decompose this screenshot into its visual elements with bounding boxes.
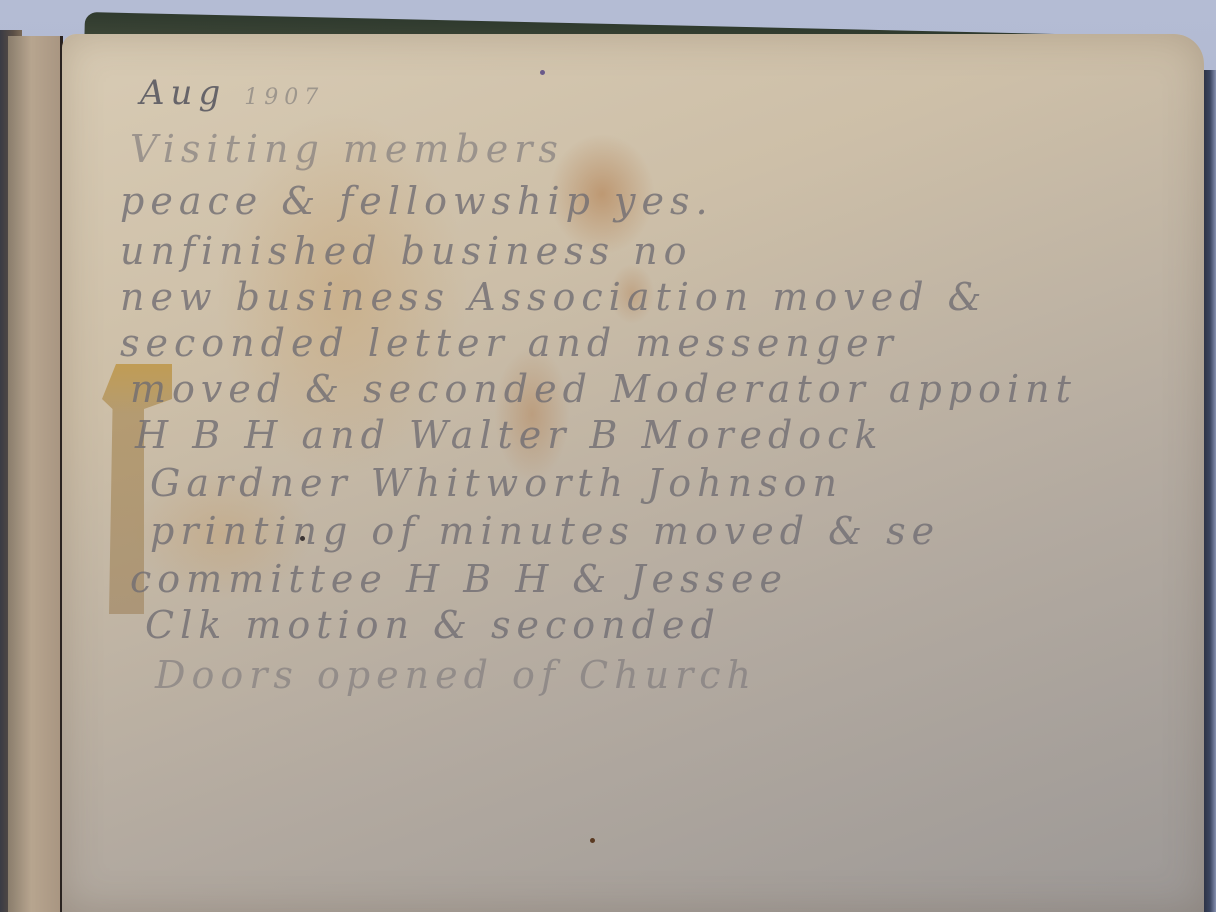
minutes-line-9: printing of minutes moved & se (150, 512, 940, 550)
minutes-line-4: new business Association moved & (120, 278, 987, 316)
date-header: Aug1907 (140, 76, 324, 110)
minutes-line-8: Gardner Whitworth Johnson (150, 464, 843, 502)
ink-speck (540, 70, 545, 75)
minutes-line-6: moved & seconded Moderator appoint (130, 370, 1077, 408)
minutes-line-10: committee H B H & Jessee (130, 560, 788, 598)
page-gutter-edge (8, 36, 63, 912)
minutes-line-3: unfinished business no (120, 232, 693, 270)
ink-speck (590, 838, 595, 843)
minutes-line-1: Visiting members (130, 130, 564, 168)
date-year: 1907 (244, 85, 324, 110)
date-month: Aug (140, 73, 226, 113)
minutes-line-7: H B H and Walter B Moredock (135, 416, 884, 454)
minutes-line-12: Doors opened of Church (155, 656, 757, 694)
minutes-line-5: seconded letter and messenger (120, 324, 899, 362)
minutes-line-11: Clk motion & seconded (145, 606, 721, 644)
minutes-line-2: peace & fellowship yes. (120, 182, 714, 220)
